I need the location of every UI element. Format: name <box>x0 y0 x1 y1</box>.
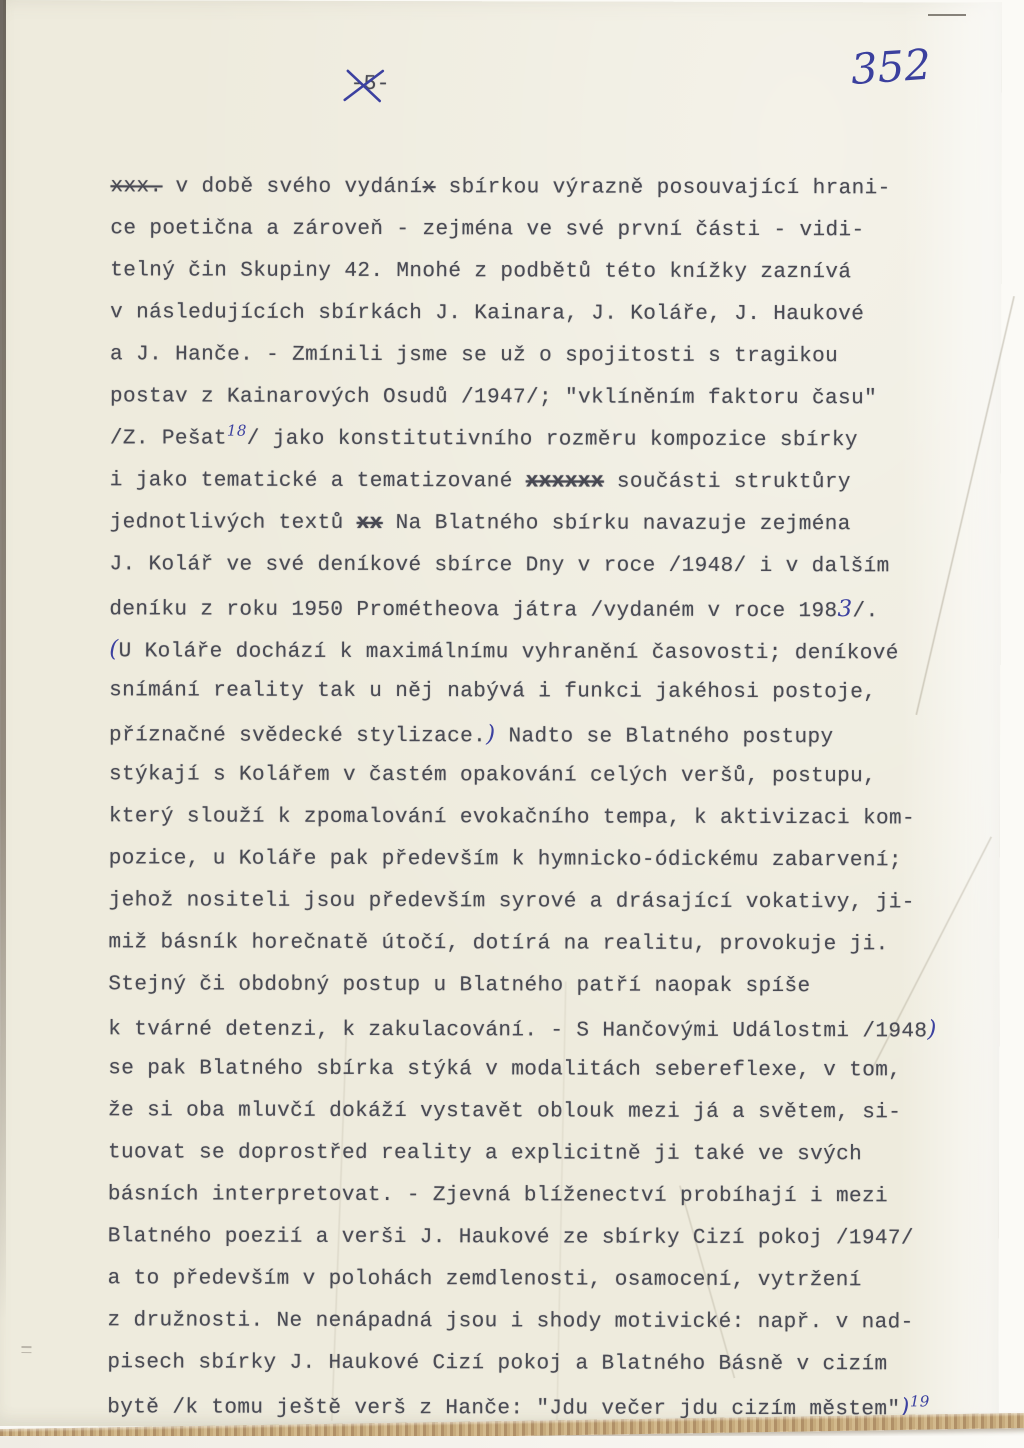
text-line: z družnosti. Ne nenápadná jsou i shody m… <box>107 1300 967 1344</box>
text-line: a to především v polohách zemdlenosti, o… <box>108 1258 968 1302</box>
text-line: jednotlivých textů xx Na Blatného sbírku… <box>110 502 970 546</box>
text-line: deníku z roku 1950 Prométheova játra /vy… <box>109 586 969 630</box>
scan-edge-left <box>0 0 6 1320</box>
text-line: snímání reality tak u něj nabývá i funkc… <box>109 670 969 714</box>
text-line: i jako tematické a tematizované xxxxxx s… <box>110 460 970 504</box>
text-line: Stejný či obdobný postup u Blatného patř… <box>108 964 968 1008</box>
paper-sheet: -5- 352 xxx. v době svého vydáníx sbírko… <box>0 0 1002 1429</box>
text-line: v následujících sbírkách J. Kainara, J. … <box>110 292 970 336</box>
text-line: básních interpretovat. - Zjevná blíženec… <box>108 1174 968 1218</box>
text-line: miž básník horečnatě útočí, dotírá na re… <box>108 922 968 966</box>
text-line: že si oba mluvčí dokáží vystavět oblouk … <box>108 1090 968 1134</box>
text-line: pisech sbírky J. Haukové Cizí pokoj a Bl… <box>107 1342 967 1386</box>
text-line: J. Kolář ve své deníkové sbírce Dny v ro… <box>109 544 969 588</box>
scan-background <box>0 1436 1024 1448</box>
text-line: Blatného poezií a verši J. Haukové ze sb… <box>108 1216 968 1260</box>
strikeout-x-mark <box>341 67 387 105</box>
scanned-page: -5- 352 xxx. v době svého vydáníx sbírko… <box>0 0 1024 1448</box>
text-line: příznačné svědecké stylizace.) Nadto se … <box>109 712 969 756</box>
text-line: postav z Kainarových Osudů /1947/; "vklí… <box>110 376 970 420</box>
text-line: pozice, u Koláře pak především k hymnick… <box>109 838 969 882</box>
text-line: tuovat se doprostřed reality a explicitn… <box>108 1132 968 1176</box>
text-line: jehož nositeli jsou především syrové a d… <box>109 880 969 924</box>
text-line: /Z. Pešat18/ jako konstitutivního rozměr… <box>110 418 970 462</box>
paper-speck <box>21 1346 31 1353</box>
text-line: ce poetična a zároveň - zejména ve své p… <box>110 208 970 252</box>
text-line: telný čin Skupiny 42. Mnohé z podbětů té… <box>110 250 970 294</box>
text-line: xxx. v době svého vydáníx sbírkou výrazn… <box>110 166 970 210</box>
text-line: (U Koláře dochází k maximálnímu vyhraněn… <box>109 628 969 672</box>
handwritten-page-number: 352 <box>849 40 932 94</box>
text-line: se pak Blatného sbírka stýká v modalitác… <box>108 1048 968 1092</box>
typed-text: xxx. v době svého vydáníx sbírkou výrazn… <box>107 166 970 1428</box>
text-line: a J. Hanče. - Zmínili jsme se už o spoji… <box>110 334 970 378</box>
text-line: stýkají s Kolářem v častém opakování cel… <box>109 754 969 798</box>
text-line: k tvárné detenzi, k zakulacování. - S Ha… <box>108 1006 968 1050</box>
scan-edge-top <box>928 14 966 16</box>
text-line: který slouží k zpomalování evokačního te… <box>109 796 969 840</box>
